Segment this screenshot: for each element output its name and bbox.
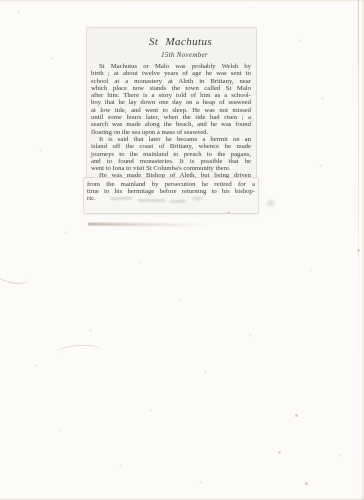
- clipping-bottom-piece: from the mainland by persecution he reti…: [84, 178, 258, 213]
- text-line: and to found monasteries. It is possible…: [91, 158, 251, 165]
- scanned-album-page: St Machutus 15th November St Machutus or…: [0, 0, 364, 500]
- pencil-curve-mark: [56, 343, 102, 359]
- text-line: journeys to the mainland to preach to th…: [91, 151, 251, 158]
- text-line: went to Iona to visit St Columba's commu…: [91, 165, 251, 172]
- article-body-upper: St Machutus or Malo was probably Welsh b…: [87, 63, 256, 180]
- page-right-edge: [358, 0, 359, 500]
- text-line: It is said that later he became a hermit…: [91, 136, 251, 143]
- pencil-annotation: [138, 199, 165, 202]
- clipping-top-piece: St Machutus 15th November St Machutus or…: [87, 28, 256, 178]
- text-line: search was made along the beach, and he …: [91, 121, 251, 128]
- text-line: until some hours later, when the tide ha…: [91, 114, 251, 121]
- foxing-specks: [0, 0, 1, 1]
- article-date: 15th November: [100, 51, 269, 59]
- text-line: time to his hermitage before returning t…: [87, 188, 255, 195]
- text-line: boy that he lay down one day on a heap o…: [91, 99, 251, 106]
- text-line: after him. There is a story told of him …: [91, 92, 251, 99]
- smudge-mark: [267, 200, 275, 206]
- smudge-streak: [88, 223, 208, 226]
- pencil-curve-mark: [0, 262, 32, 287]
- pencil-annotation: [192, 196, 203, 201]
- text-line: island off the coast of Brittany, whence…: [91, 143, 251, 150]
- article-title: St Machutus: [96, 36, 265, 48]
- page-top-edge: [0, 0, 364, 2]
- text-line: St Machutus or Malo was probably Welsh b…: [91, 63, 251, 70]
- text-line: floating on the sea upon a mass of seawe…: [91, 129, 251, 136]
- text-line: which place now stands the town called S…: [91, 85, 251, 92]
- text-line: birth ; at about twelve years of age he …: [91, 70, 251, 77]
- text-line: school at a monastery at Aleth in Britta…: [91, 78, 251, 85]
- pencil-annotation: [170, 200, 186, 203]
- text-line: at low tide, and went to sleep. He was n…: [91, 107, 251, 114]
- text-line: from the mainland by persecution he reti…: [87, 181, 255, 188]
